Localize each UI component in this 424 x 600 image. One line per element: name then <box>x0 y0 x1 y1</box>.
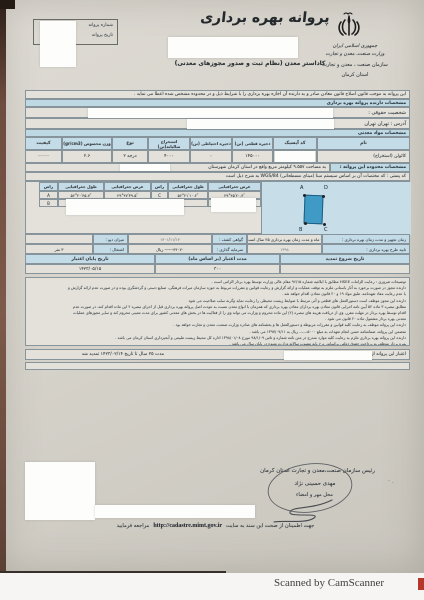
mineral-header-annual-extraction: استخراج سالیانه(تن) <box>148 137 190 150</box>
scan-left-edge <box>0 0 6 573</box>
depot-value <box>25 234 93 244</box>
area-line1: به مساحت ۹.۵۵۷ کیلومتر مربع واقع در استا… <box>25 163 330 172</box>
note-line: بهره بردار موظف به پرداخت حقوق دولتی برا… <box>29 341 406 346</box>
iran-emblem-icon <box>335 11 363 41</box>
verification-url: http://cadastre.mimt.gov.ir <box>153 523 222 529</box>
mineral-header-definite-reserve: ذخیره قطعی (تن) <box>232 137 273 150</box>
mineral-value-quality: ------- <box>25 150 62 163</box>
map-corner-label-c: C <box>324 227 328 233</box>
mineral-value-name: کائولن (استخراج) <box>317 150 410 163</box>
scan-red-mark <box>418 578 424 590</box>
map-corner-label-a: A <box>300 185 303 191</box>
verification-pre-text: جهت اطمینان از صحت این سند به سایت <box>226 523 314 529</box>
redaction-area-city <box>120 164 170 171</box>
redaction-validity <box>284 351 372 360</box>
intro-text: این پروانه به موجب قانون اصلاح قانون معا… <box>25 90 410 99</box>
discovery-value: ۱۴۰۱/۱۱/۱۴ <box>128 234 212 244</box>
mineral-header-isic: کد آیسیک <box>273 137 317 150</box>
coord-a-lon: ۵۶°۲۰′۴۵.۷″ <box>58 191 104 199</box>
verification-post-text: مراجعه فرمایید <box>117 523 150 529</box>
notes-box: توضیحات ضروری : رعایت الزامات HSEE مطابق… <box>25 277 410 346</box>
expiry-label: تاریخ پایان اعتبار <box>25 254 155 264</box>
license-number-label: شماره پروانه <box>88 23 113 28</box>
map-vertex-dot-b <box>304 222 307 225</box>
validity-box: اعتبار این پروانه از تاریخ مدت ۲۵ سال تا… <box>25 349 410 360</box>
invest-value: ۴۴۰۷۰------ ریال <box>128 244 212 254</box>
camscanner-watermark: Scanned by CamScanner <box>274 577 384 589</box>
coord-header-lon-ab: طول جغرافیایی <box>58 182 104 191</box>
gov-line-1: جمهوری اسلامی ایران <box>300 44 410 49</box>
area-line2: کد پستی : که مختصات آن بر اساس سیستم مبن… <box>25 172 410 181</box>
mineral-value-definite-reserve: ۱۴۵۰۰۰ <box>232 150 273 163</box>
coord-c-lon: ۵۶°۲۱′۱۰.۲″ <box>168 191 208 199</box>
redaction-license-values <box>40 21 76 67</box>
equip-value: - ماه و مدت زمان بهره برداری ۲۵ سال است <box>247 234 322 244</box>
mineral-header-name: نام <box>317 137 410 150</box>
redaction-under-title <box>168 37 298 58</box>
plan-value: ۱۳۹۸ <box>247 244 322 254</box>
mineral-header-type: نوع <box>112 137 148 150</box>
validity-months-label: مدت اعتبار (بر اساس ماه) <box>155 254 280 264</box>
scan-paper-edge-line <box>0 571 226 573</box>
mineral-value-annual-extraction: ۴۰۰۰ <box>148 150 190 163</box>
gov-line-3: سازمان صنعت ، معدن و تجارت <box>300 62 410 68</box>
discovery-label: گواهی کشف : <box>212 234 247 244</box>
document-title: پروانه بهره برداری <box>184 10 346 26</box>
main-table: این پروانه به موجب قانون اصلاح قانون معا… <box>25 90 410 274</box>
coord-a-lat: ۲۹°۴۷′۳۹.۵″ <box>104 191 151 199</box>
coord-a-vertex: A <box>39 191 58 199</box>
coord-header-lat-cd: عرض جغرافیایی <box>208 182 261 191</box>
validity-months-value: ۳۰۰ <box>155 264 280 274</box>
expiry-value: ۱۴۲۳/۰۵/۱۵ <box>25 264 155 274</box>
scanned-document-page: شماره پروانه تاریخ پروانه پروانه بهره بر… <box>0 0 424 600</box>
renew-start-label: تاریخ شروع تمدید <box>280 254 410 264</box>
coord-c-vertex: C <box>151 191 168 199</box>
map-vertex-dot-a <box>303 194 306 197</box>
redaction-signature-strip <box>95 505 255 518</box>
coord-b-vertex: B <box>39 199 58 207</box>
coord-header-vertex-cd: راس <box>151 182 168 191</box>
empty-row-box <box>25 362 410 370</box>
map-vertex-dot-c <box>323 223 326 226</box>
mineral-value-type: درجه ۲ <box>112 150 148 163</box>
redaction-isic-code <box>275 151 315 162</box>
employ-value: ۳ نفر <box>25 244 93 254</box>
map-vertex-dot-d <box>322 195 325 198</box>
mineral-header-probable-reserve: ذخیره احتیاطی (تن) <box>190 137 232 150</box>
redaction-address <box>187 119 334 129</box>
mineral-header-quality: کیفیت <box>25 137 62 150</box>
paper-sheet: شماره پروانه تاریخ پروانه پروانه بهره بر… <box>0 0 424 573</box>
scan-corner-blotch <box>0 0 15 9</box>
equip-label: زمان تجهیز و مدت زمان بهره برداری : <box>322 234 410 244</box>
area-label: مشخصات محدوده این پروانه : <box>330 163 410 172</box>
scan-speckles: · . <box>388 478 394 485</box>
invest-label: سرمایه گذاری : <box>212 244 247 254</box>
map-panel: A D B C <box>261 182 411 235</box>
mineral-section-title: مشخصات مواد معدنی <box>25 129 410 137</box>
stamp-and-signature <box>252 460 362 526</box>
map-polygon <box>303 195 323 225</box>
coord-header-lon-cd: طول جغرافیایی <box>168 182 208 191</box>
map-corner-label-b: B <box>299 227 302 233</box>
gov-line-2: وزارت صنعت، معدن و تجارت <box>300 52 410 57</box>
redaction-coords-2 <box>211 198 256 212</box>
gov-line-4: استان کرمان <box>300 72 410 78</box>
license-date-label: تاریخ پروانه <box>92 33 113 38</box>
mineral-value-density: ۲.۶ <box>62 150 112 163</box>
coord-header-lat-ab: عرض جغرافیایی <box>104 182 151 191</box>
verification-line: جهت اطمینان از صحت این سند به سایت http:… <box>88 523 343 529</box>
redaction-coords-1 <box>66 199 184 215</box>
map-corner-label-d: D <box>324 185 328 191</box>
plan-label: تایید طرح بهره برداری : <box>322 244 410 254</box>
mineral-header-density: وزن مخصوص (gr/cm3) <box>62 137 112 150</box>
mineral-value-probable-reserve: ۰ <box>190 150 232 163</box>
holder-section-title: مشخصات دارنده پروانه بهره برداری <box>25 99 410 107</box>
employ-label: اشتغال : <box>93 244 128 254</box>
coord-header-vertex-ab: راس <box>39 182 58 191</box>
redaction-signature-left <box>25 462 95 520</box>
renew-start-value <box>280 264 410 274</box>
depot-label: میزان دپو : <box>93 234 128 244</box>
validity-text-left: مدت ۲۵ سال تا تاریخ ۱۴۲۳/۰۲/۱۴ تمدید شد <box>82 352 164 357</box>
